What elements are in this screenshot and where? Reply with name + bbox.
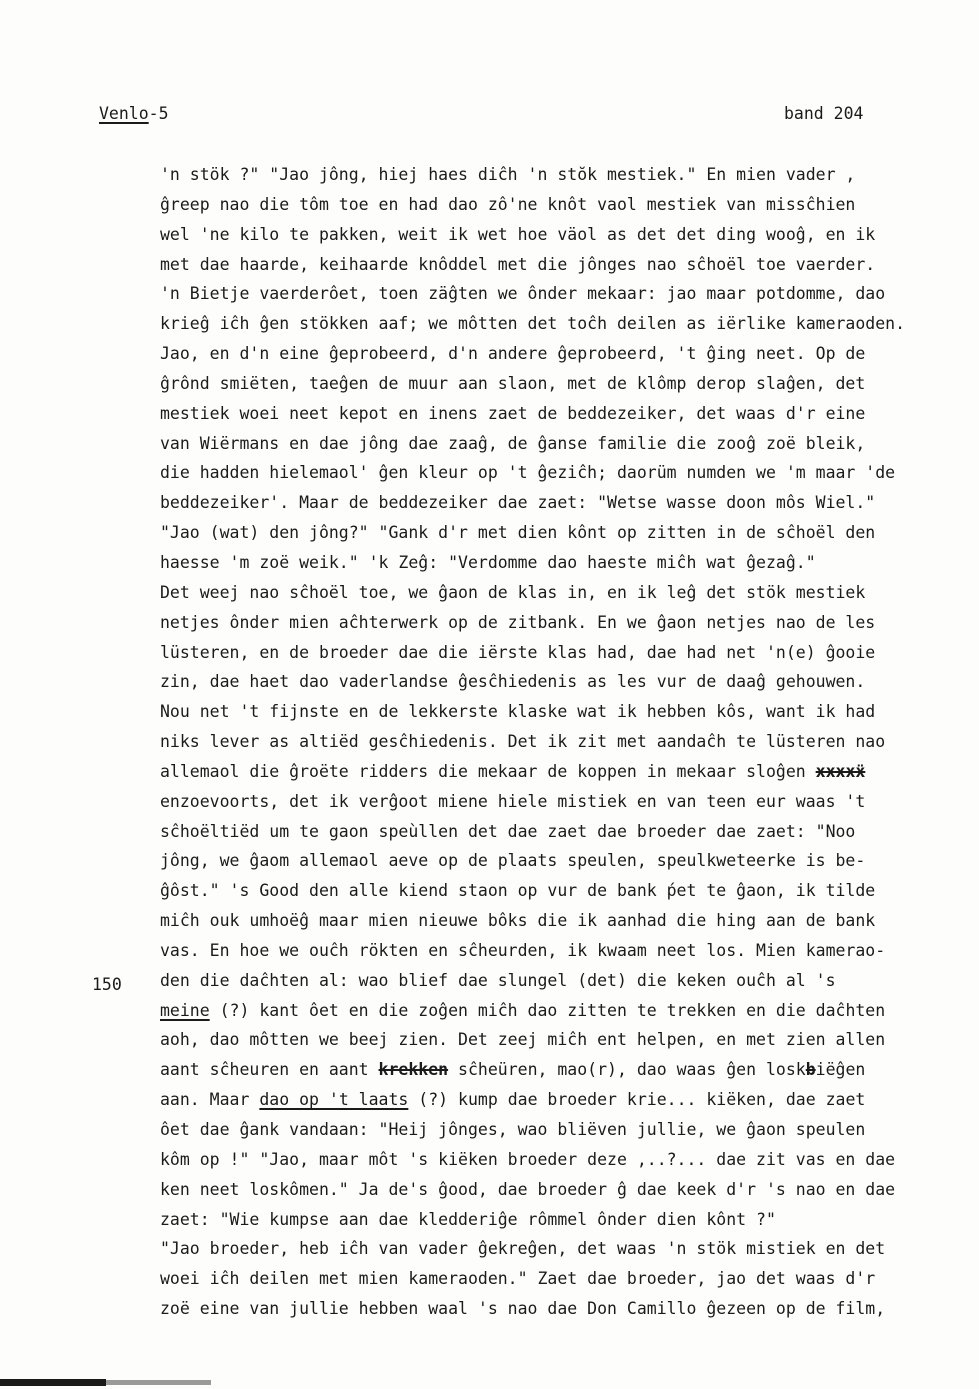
text-segment: zoë eine van jullie hebben waal 's nao d… <box>160 1299 885 1318</box>
text-line: "Jao broeder, heb iĉh van vader ĝekreĝen… <box>160 1234 950 1264</box>
underlined-text: Venlo <box>99 104 149 123</box>
text-segment: sĉheüren, mao(r), dao waas ĝen losk <box>448 1060 806 1079</box>
text-segment: 'n stök ?" "Jao jông, hiej haes diĉh 'n … <box>160 165 855 184</box>
text-body: 'n stök ?" "Jao jông, hiej haes diĉh 'n … <box>160 160 950 1324</box>
text-segment: zaet: "Wie kumpse aan dae kledderiĝe rôm… <box>160 1210 776 1229</box>
text-line: ĝreep nao die tôm toe en had dao zô'ne k… <box>160 190 950 220</box>
text-segment: enzoevoorts, det ik verĝoot miene hiele … <box>160 792 865 811</box>
text-segment: den die daĉhten al: wao blief dae slunge… <box>160 971 836 990</box>
text-line: Det weej nao sĉhoël toe, we ĝaon de klas… <box>160 578 950 608</box>
text-segment: aoh, dao môtten we beej zien. Det zeej m… <box>160 1030 885 1049</box>
text-line: allemaol die ĝroëte ridders die mekaar d… <box>160 757 950 787</box>
text-segment: ĝôst." 's Good den alle kiend staon op v… <box>160 881 875 900</box>
scan-artifact-dark <box>0 1379 106 1386</box>
text-segment: ĝrônd smiëten, taeĝen de muur aan slaon,… <box>160 374 865 393</box>
text-line: 'n stök ?" "Jao jông, hiej haes diĉh 'n … <box>160 160 950 190</box>
text-line: kôm op !" "Jao, maar môt 's kiëken broed… <box>160 1145 950 1175</box>
text-line: zaet: "Wie kumpse aan dae kledderiĝe rôm… <box>160 1205 950 1235</box>
text-segment: Det weej nao sĉhoël toe, we ĝaon de klas… <box>160 583 865 602</box>
text-segment: allemaol die ĝroëte ridders die mekaar d… <box>160 762 816 781</box>
text-line: Jao, en d'n eine ĝeprobeerd, d'n andere … <box>160 339 950 369</box>
text-segment: lüsteren, en de broeder dae die iërste k… <box>160 643 875 662</box>
text-line: woei iĉh deilen met mien kameraoden." Za… <box>160 1264 950 1294</box>
text-segment: Jao, en d'n eine ĝeprobeerd, d'n andere … <box>160 344 865 363</box>
text-line: miĉh ouk umhoëĝ maar mien nieuwe bôks di… <box>160 906 950 936</box>
text-segment: aan. Maar <box>160 1090 259 1109</box>
text-line: van Wiërmans en dae jông dae zaaĝ, de ĝa… <box>160 429 950 459</box>
underlined-text: meine <box>160 1001 210 1020</box>
text-line: aant sĉheuren en aant krekken sĉheüren, … <box>160 1055 950 1085</box>
text-segment: van Wiërmans en dae jông dae zaaĝ, de ĝa… <box>160 434 865 453</box>
text-line: zin, dae haet dao vaderlandse ĝesĉhieden… <box>160 667 950 697</box>
text-line: haesse 'm zoë weik." 'k Zeĝ: "Verdomme d… <box>160 548 950 578</box>
text-segment: woei iĉh deilen met mien kameraoden." Za… <box>160 1269 875 1288</box>
text-segment: ôet dae ĝank vandaan: "Heij jônges, wao … <box>160 1120 865 1139</box>
text-segment: vas. En hoe we ouĉh rökten en sĉheurden,… <box>160 941 885 960</box>
text-segment: netjes ônder mien aĉhterwerk op de zitba… <box>160 613 875 632</box>
text-line: ken neet loskômen." Ja de's ĝood, dae br… <box>160 1175 950 1205</box>
text-line: enzoevoorts, det ik verĝoot miene hiele … <box>160 787 950 817</box>
struck-text: krekken <box>379 1060 449 1079</box>
text-segment: (?) kant ôet en die zoĝen miĉh dao zitte… <box>210 1001 886 1020</box>
text-segment: sĉhoëltiëd um te gaon speùllen det dae z… <box>160 822 855 841</box>
document-page: Venlo-5 band 204 150 'n stök ?" "Jao jôn… <box>0 0 979 1389</box>
text-segment: (?) kump dae broeder krie... kiëken, dae… <box>408 1090 865 1109</box>
text-line: sĉhoëltiëd um te gaon speùllen det dae z… <box>160 817 950 847</box>
text-segment: "Jao broeder, heb iĉh van vader ĝekreĝen… <box>160 1239 885 1258</box>
text-line: lüsteren, en de broeder dae die iërste k… <box>160 638 950 668</box>
text-line: Nou net 't fijnste en de lekkerste klask… <box>160 697 950 727</box>
text-segment: mestiek woei neet kepot en inens zaet de… <box>160 404 865 423</box>
struck-text: xxxxẍ <box>816 762 866 781</box>
text-line: met dae haarde, keihaarde knôddel met di… <box>160 250 950 280</box>
text-segment: met dae haarde, keihaarde knôddel met di… <box>160 255 875 274</box>
text-line: ĝôst." 's Good den alle kiend staon op v… <box>160 876 950 906</box>
text-line: aoh, dao môtten we beej zien. Det zeej m… <box>160 1025 950 1055</box>
text-line: "Jao (wat) den jông?" "Gank d'r met dien… <box>160 518 950 548</box>
text-segment: "Jao (wat) den jông?" "Gank d'r met dien… <box>160 523 875 542</box>
underlined-text: dao op 't laats <box>259 1090 408 1109</box>
text-line: 'n Bietje vaerderôet, toen zäĝten we ônd… <box>160 279 950 309</box>
text-line: niks lever as altiëd gesĉhiedenis. Det i… <box>160 727 950 757</box>
band-label: band 204 <box>784 104 863 123</box>
text-line: den die daĉhten al: wao blief dae slunge… <box>160 966 950 996</box>
text-segment: wel 'ne kilo te pakken, weit ik wet hoe … <box>160 225 875 244</box>
margin-line-number: 150 <box>92 975 122 994</box>
text-segment: miĉh ouk umhoëĝ maar mien nieuwe bôks di… <box>160 911 875 930</box>
text-segment: ĝreep nao die tôm toe en had dao zô'ne k… <box>160 195 855 214</box>
scan-artifact-gray <box>106 1380 211 1385</box>
text-line: aan. Maar dao op 't laats (?) kump dae b… <box>160 1085 950 1115</box>
text-line: meine (?) kant ôet en die zoĝen miĉh dao… <box>160 996 950 1026</box>
text-line: beddezeiker'. Maar de beddezeiker dae za… <box>160 488 950 518</box>
text-segment: beddezeiker'. Maar de beddezeiker dae za… <box>160 493 875 512</box>
text-segment: jông, we ĝaom allemaol aeve op de plaats… <box>160 851 865 870</box>
text-segment: kôm op !" "Jao, maar môt 's kiëken broed… <box>160 1150 895 1169</box>
text-line: zoë eine van jullie hebben waal 's nao d… <box>160 1294 950 1324</box>
text-segment: ken neet loskômen." Ja de's ĝood, dae br… <box>160 1180 895 1199</box>
text-segment: Nou net 't fijnste en de lekkerste klask… <box>160 702 875 721</box>
text-line: ôet dae ĝank vandaan: "Heij jônges, wao … <box>160 1115 950 1145</box>
page-id: Venlo-5 <box>99 104 169 123</box>
text-line: krieĝ iĉh ĝen stökken aaf; we môtten det… <box>160 309 950 339</box>
text-segment: zin, dae haet dao vaderlandse ĝesĉhieden… <box>160 672 865 691</box>
text-segment: niks lever as altiëd gesĉhiedenis. Det i… <box>160 732 885 751</box>
struck-text: b <box>806 1060 816 1079</box>
text-line: mestiek woei neet kepot en inens zaet de… <box>160 399 950 429</box>
text-line: ĝrônd smiëten, taeĝen de muur aan slaon,… <box>160 369 950 399</box>
text-line: die hadden hielemaol' ĝen kleur op 't ĝe… <box>160 458 950 488</box>
text-segment: krieĝ iĉh ĝen stökken aaf; we môtten det… <box>160 314 905 333</box>
text-line: jông, we ĝaom allemaol aeve op de plaats… <box>160 846 950 876</box>
text-line: wel 'ne kilo te pakken, weit ik wet hoe … <box>160 220 950 250</box>
text-segment: haesse 'm zoë weik." 'k Zeĝ: "Verdomme d… <box>160 553 816 572</box>
text-line: netjes ônder mien aĉhterwerk op de zitba… <box>160 608 950 638</box>
text-segment: aant sĉheuren en aant <box>160 1060 379 1079</box>
text-line: vas. En hoe we ouĉh rökten en sĉheurden,… <box>160 936 950 966</box>
text-segment: 'n Bietje vaerderôet, toen zäĝten we ônd… <box>160 284 885 303</box>
text-segment: iëĝen <box>816 1060 866 1079</box>
text-segment: die hadden hielemaol' ĝen kleur op 't ĝe… <box>160 463 895 482</box>
text-segment: -5 <box>149 104 169 123</box>
